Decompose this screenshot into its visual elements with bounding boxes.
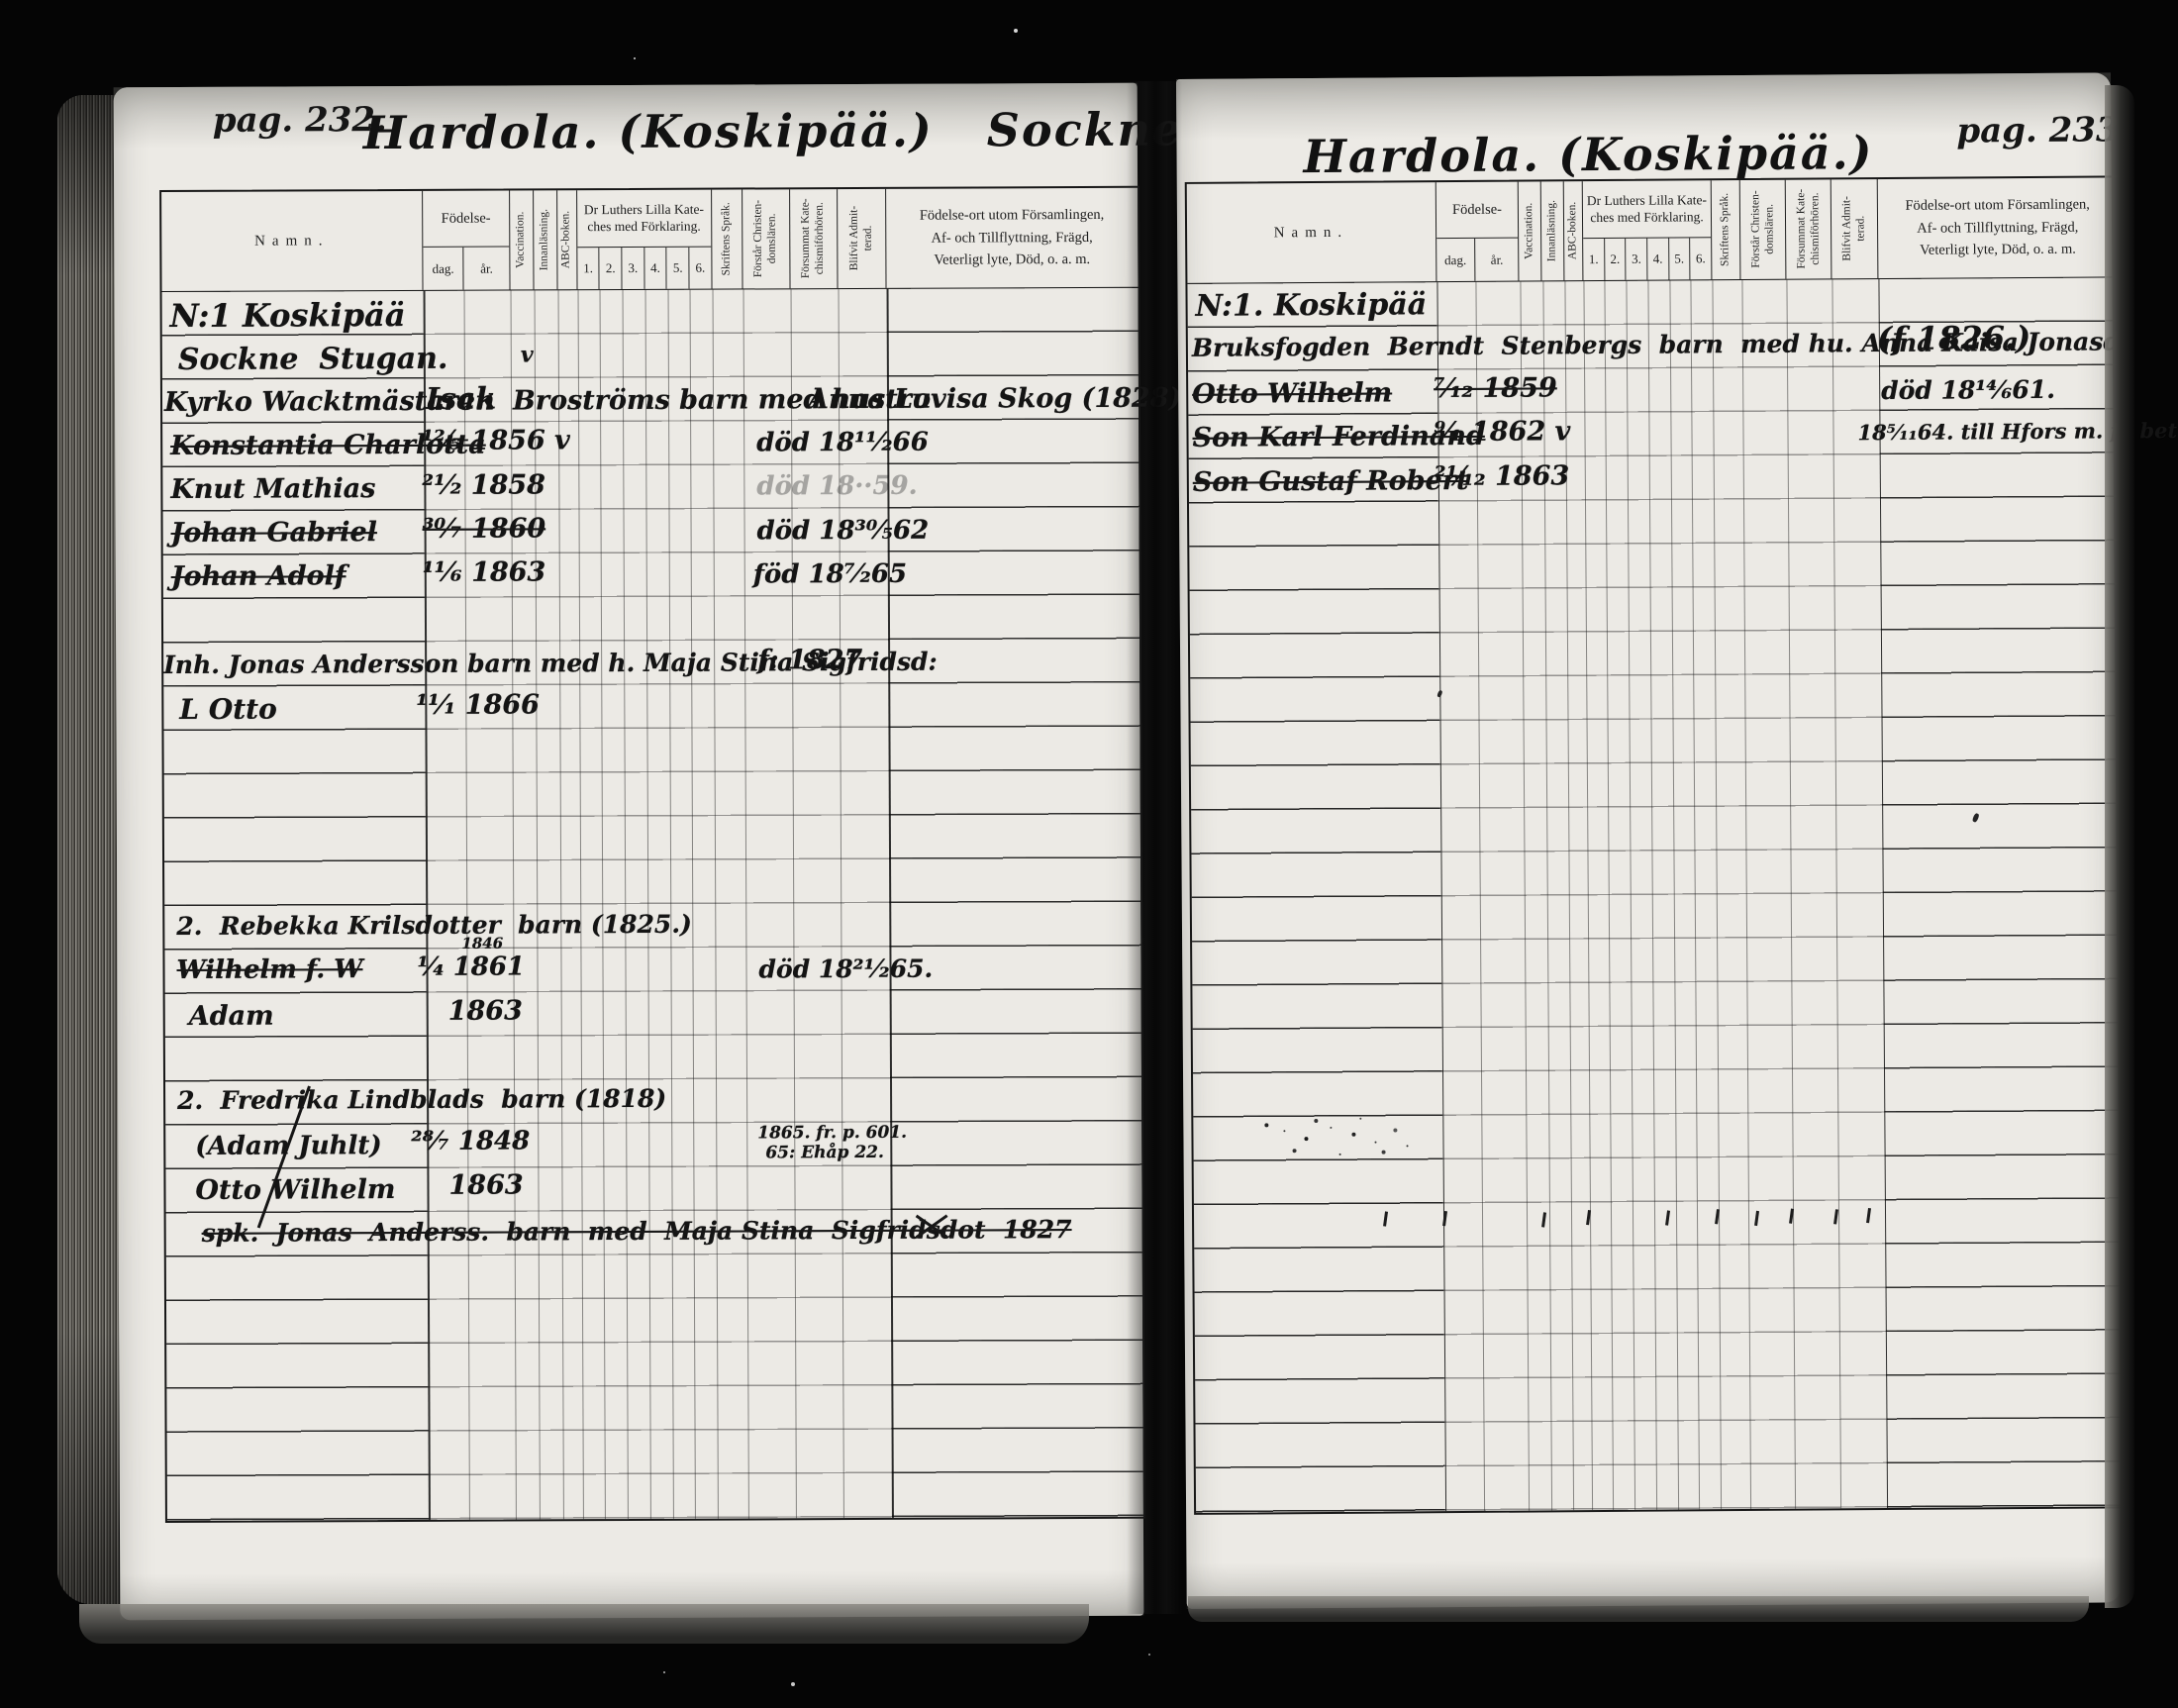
namn-label: Namn.	[254, 233, 329, 250]
abc-label: ABC-boken.	[560, 193, 574, 286]
column-header-kateches: Dr Luthers Lilla Kate- ches med Förklari…	[1583, 180, 1712, 280]
kateches-subcolumns: 1. 2. 3. 4. 5. 6.	[1583, 238, 1711, 280]
remark-line3: Veterligt lyte, Död, o. a. m.	[1920, 241, 2076, 260]
table-body-left: N:1 Koskipää Sockne Stugan. v Kyrko Wack…	[162, 288, 1143, 1521]
grid-vline	[1787, 280, 1797, 1509]
grid-vline	[578, 290, 584, 1519]
grid-vline	[1691, 280, 1701, 1509]
entry-village-heading: N:1. Koskipää	[1196, 290, 1428, 322]
page-number-left: pag. 232.	[213, 100, 387, 141]
entry-subheading: Sockne Stugan.	[178, 345, 448, 375]
entry-family1-note: (f 1826.)	[1877, 322, 2031, 354]
book-bottom-edge-right	[1188, 1596, 2089, 1622]
fodelse-label: Födelse-	[1435, 182, 1518, 239]
innanlasning-label: Innanläsning.	[1545, 184, 1559, 277]
kateches-3: 3.	[622, 248, 644, 289]
column-header-blifvit: Blifvit Admit- terad.	[838, 189, 886, 288]
entry-child1-birthdate: ¹²⁄₅ 1856 v	[422, 427, 570, 454]
innanlasning-label: Innanläsning.	[539, 193, 552, 286]
entry-child1-note: död 18¹¹⁄₂66	[756, 430, 929, 456]
kateches-2: 2.	[600, 248, 623, 289]
book-bottom-edge-left	[79, 1604, 1089, 1644]
column-header-fodelse: Födelse- dag. år.	[1435, 182, 1520, 282]
grid-vline	[1605, 281, 1615, 1510]
entry-family2-note: f: 1827	[757, 647, 862, 673]
blifvit-label: Blifvit Admit- terad.	[1840, 182, 1868, 275]
grid-vline	[713, 290, 719, 1519]
entry-child2-name: Knut Mathias	[170, 475, 375, 503]
column-header-abc-boken: ABC-boken.	[557, 190, 577, 289]
entry-child6-note: död 18²¹⁄₂65.	[758, 956, 933, 982]
column-header-skriftens-sprak: Skriftens Språk.	[1712, 180, 1741, 279]
ar-label: år.	[464, 248, 510, 290]
stray-ink-mark	[1436, 690, 1442, 698]
column-header-namn: Namn.	[1187, 182, 1436, 283]
entry-family4-title: 2. Fredrika Lindblads barn (1818)	[177, 1086, 666, 1113]
kateches-2: 2.	[1605, 239, 1627, 280]
remark-line3: Veterligt lyte, Död, o. a. m.	[934, 251, 1090, 270]
table-body-right: N:1. Koskipää Bruksfogden Berndt Stenber…	[1187, 277, 2127, 1513]
entry-family3-title: 2. Rebekka Krilsdotter barn (1825.)	[176, 912, 692, 939]
stray-ink-mark	[1972, 813, 1980, 823]
entry-child8-birthdate: ²⁸⁄₇ 1848	[411, 1128, 530, 1155]
entry-child3-note: död 18³⁰⁄₅62	[757, 518, 930, 545]
dust-specks	[634, 57, 636, 59]
entry-child6-birthdate: ¹⁄₄ 1861	[417, 954, 525, 979]
column-header-remarks: Födelse-ort utom Församlingen, Af- och T…	[1877, 177, 2118, 278]
column-header-forsummat: Försummat Kate- chismiförhören.	[1786, 179, 1831, 278]
ar-label: år.	[1475, 239, 1519, 281]
kateches-line2: ches med Förklaring.	[587, 218, 700, 235]
kateches-5: 5.	[667, 248, 690, 289]
namn-label: Namn.	[1274, 224, 1349, 242]
entry-child2-note: död 18··59.	[756, 473, 917, 500]
kateches-1: 1.	[1583, 239, 1605, 280]
kateches-subcolumns: 1. 2. 3. 4. 5. 6.	[577, 247, 711, 289]
kateches-4: 4.	[1647, 239, 1669, 280]
column-header-blifvit: Blifvit Admit- terad.	[1831, 179, 1878, 278]
remark-line2: Af- och Tillflyttning, Frägd,	[932, 229, 1093, 249]
kateches-5: 5.	[1669, 239, 1691, 280]
entry-family1-father: Isak	[426, 385, 496, 415]
entry-child9-birthdate: 1863	[448, 1171, 523, 1198]
entry-child4-birthdate: ¹¹⁄₆ 1863	[423, 558, 546, 586]
forsummat-label: Försummat Kate- chismiförhören.	[800, 192, 828, 285]
column-header-innanlasning: Innanläsning.	[1541, 181, 1565, 280]
kateches-6: 6.	[1690, 239, 1711, 280]
entry-child6-year-correction: 1846	[461, 937, 503, 952]
grid-vline	[1878, 279, 1888, 1508]
entry-child1-note: död 18¹⁴⁄₆61.	[1881, 377, 2055, 403]
dag-label: dag.	[423, 248, 464, 290]
grid-vline	[623, 290, 629, 1519]
kateches-6: 6.	[689, 248, 711, 289]
handwritten-title-right: Hardola. (Koskipää.)	[1303, 126, 1873, 183]
remark-line1: Födelse-ort utom Församlingen,	[920, 206, 1105, 226]
kateches-line1: Dr Luthers Lilla Kate-	[1587, 192, 1707, 210]
fodelse-label: Födelse-	[423, 191, 509, 248]
column-header-namn: Namn.	[161, 191, 423, 291]
book-right-edge	[2105, 85, 2134, 1608]
ink-spatter	[1264, 1123, 1268, 1127]
grid-vline	[1741, 280, 1751, 1509]
entry-child1-birthdate: ⁷⁄₁₂ 1859	[1434, 374, 1557, 402]
grid-vline	[558, 290, 564, 1519]
skriftens-label: Skriftens Språk.	[1719, 183, 1732, 276]
grid-vline	[743, 289, 749, 1518]
grid-vline	[1627, 281, 1636, 1510]
abc-label: ABC-boken.	[1566, 184, 1580, 277]
kateches-3: 3.	[1627, 239, 1648, 280]
column-header-forstar: Förstår Christen- domslären.	[1740, 180, 1786, 279]
book-fore-edge	[57, 95, 119, 1604]
blifvit-label: Blifvit Admit- terad.	[847, 192, 875, 285]
vaccination-label: Vaccination.	[515, 193, 529, 286]
entry-child1-name: Otto Wilhelm	[1192, 379, 1392, 407]
entry-child4-note: föd 18⁷⁄₂65	[753, 561, 907, 588]
column-header-vaccination: Vaccination.	[510, 190, 534, 289]
column-header-fodelse: Födelse- dag. år.	[423, 191, 510, 290]
entry-child3-name: Son Gustaf Robert	[1193, 467, 1469, 496]
entry-child2-birthdate: ²¹⁄₂ 1858	[422, 471, 545, 499]
dag-label: dag.	[1436, 239, 1476, 281]
entry-child3-birthdate: ³⁰⁄₇ 1860	[423, 515, 546, 543]
column-header-abc-boken: ABC-boken.	[1564, 181, 1584, 280]
column-header-skriftens-sprak: Skriftens Språk.	[712, 189, 742, 288]
entry-child4-name: Johan Adolf	[171, 562, 346, 590]
right-page: pag. 233. Hardola. (Koskipää.) Namn. Föd…	[1176, 72, 2122, 1609]
column-header-forstar: Förstår Christen- domslären.	[742, 189, 790, 288]
vaccination-label: Vaccination.	[1523, 184, 1536, 277]
record-table-left: Namn. Födelse- dag. år. Vaccination. Inn…	[159, 186, 1145, 1523]
entry-child9-name: Otto Wilhelm	[195, 1176, 395, 1204]
entry-child3-birthdate: ²¹⁄₁₂ 1863	[1435, 462, 1570, 490]
kateches-4: 4.	[644, 248, 667, 289]
grid-vline	[1648, 281, 1658, 1510]
entry-child5-name: L Otto	[179, 696, 276, 724]
column-header-kateches: Dr Luthers Lilla Kate- ches med Förklari…	[577, 190, 712, 290]
forstar-label: Förstår Christen- domslären.	[1749, 183, 1777, 276]
column-header-forsummat: Försummat Kate- chismiförhören.	[790, 189, 838, 288]
grid-vline	[1670, 281, 1680, 1510]
grid-vline	[1584, 281, 1594, 1510]
grid-vline	[668, 290, 674, 1519]
forsummat-label: Försummat Kate- chismiförhören.	[1795, 182, 1823, 275]
entry-family1-mother: Anna Lovisa Skog (1828)	[808, 385, 1181, 414]
kateches-line2: ches med Förklaring.	[1590, 209, 1703, 227]
grid-vline	[1713, 280, 1723, 1509]
entry-child5-birthdate: ¹¹⁄₁ 1866	[416, 691, 540, 719]
pen-tick-marks	[1384, 1208, 1899, 1236]
column-header-vaccination: Vaccination.	[1519, 181, 1542, 280]
entry-vaccination-mark: v	[521, 344, 534, 365]
entry-child3-name: Johan Gabriel	[171, 519, 377, 547]
kateches-line1: Dr Luthers Lilla Kate-	[584, 201, 704, 218]
remark-line2: Af- och Tillflyttning, Frägd,	[1917, 218, 2078, 238]
kateches-1: 1.	[577, 249, 600, 290]
entry-child7-name: Adam	[189, 1003, 274, 1030]
grid-vline	[690, 290, 696, 1519]
entry-child7-birthdate: 1863	[448, 997, 523, 1024]
entry-child8-note2: 65: Ehåp 22.	[765, 1145, 884, 1162]
left-page: pag. 232. Hardola. (Koskipää.) Sockne St…	[114, 83, 1144, 1620]
record-table-right: Namn. Födelse- dag. år. Vaccination. Inn…	[1185, 175, 2128, 1515]
grid-vline	[1832, 279, 1842, 1508]
scanned-parish-register: pag. 232. Hardola. (Koskipää.) Sockne St…	[0, 0, 2178, 1708]
grid-vline	[645, 290, 651, 1519]
table-header-left: Namn. Födelse- dag. år. Vaccination. Inn…	[161, 188, 1138, 292]
column-header-innanlasning: Innanläsning.	[534, 190, 557, 289]
entry-village-heading: N:1 Koskipää	[170, 299, 406, 332]
grid-vline	[600, 290, 606, 1519]
entry-child6-name: Wilhelm f. W	[176, 956, 362, 983]
remark-line1: Födelse-ort utom Församlingen,	[1905, 195, 2090, 215]
forstar-label: Förstår Christen- domslären.	[752, 192, 780, 285]
skriftens-label: Skriftens Språk.	[720, 193, 734, 286]
table-header-right: Namn. Födelse- dag. år. Vaccination. Inn…	[1187, 177, 2119, 284]
entry-child2-birthdate: ⁹⁄₁ 1862 v	[1434, 418, 1570, 446]
column-header-remarks: Födelse-ort utom Församlingen, Af- och T…	[886, 188, 1138, 288]
entry-child8-note1: 1865. fr. p. 601.	[757, 1125, 907, 1143]
